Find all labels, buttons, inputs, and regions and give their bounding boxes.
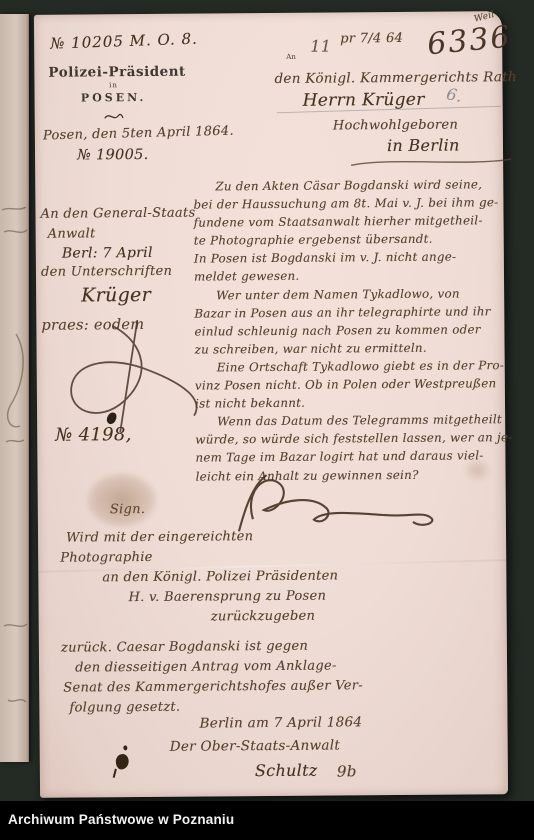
an-label: An xyxy=(286,53,296,61)
closing-office: Der Ober-Staats-Anwalt xyxy=(170,737,340,754)
closing-paraph: 9b xyxy=(337,762,357,780)
paragraph: Zu den Akten Cäsar Bogdanski wird seine,… xyxy=(193,175,511,286)
body-line: Bazar in Posen aus an ihr telegraphirte … xyxy=(194,302,511,323)
stamp-date-line: Posen, den 5ten April 1864. xyxy=(43,124,234,144)
stamp-title: Polizei-Präsident xyxy=(48,64,178,81)
stamp-preposition: in xyxy=(48,81,178,90)
body-line: fundene vom Staatsanwalt hierher mitgeth… xyxy=(193,211,510,232)
disposition-line: Wird mit der eingereichten xyxy=(66,526,362,548)
archive-caption: Archiwum Państwowe w Poznaniu xyxy=(8,812,234,827)
document-page: № 10205 M. O. 8. Polizei-Präsident in PO… xyxy=(34,11,508,798)
file-number: 6336 xyxy=(426,20,513,63)
pencil-mark: 6. xyxy=(445,84,464,106)
stamp-ornament-icon xyxy=(49,106,179,126)
disposition-line: zurück. Caesar Bogdanski ist gegen xyxy=(61,636,363,658)
disposition-line: zurückzugeben xyxy=(211,606,363,627)
margin-note: Anwalt xyxy=(48,226,96,241)
berlin-underline-swash xyxy=(347,153,517,173)
margin-note: An den General-Staats xyxy=(40,206,195,222)
address-line-recipient-title: den Königl. Kammergerichts Rath xyxy=(274,69,517,87)
margin-note-krueger: Krüger xyxy=(81,284,151,307)
paragraph: Wer unter dem Namen Tykadlowo, vonBazar … xyxy=(194,284,512,359)
previous-page-edge xyxy=(0,14,29,762)
margin-note: Berl: 7 April xyxy=(62,245,153,262)
page-edge-writing-fragments xyxy=(0,14,29,762)
disposition-note: Wird mit der eingereichtenPhotographiean… xyxy=(60,526,363,718)
received-note: pr 7/4 64 xyxy=(340,31,403,46)
body-line: einlud schleunig nach Posen zu kommen od… xyxy=(194,320,511,341)
letter-body: Zu den Akten Cäsar Bogdanski wird seine,… xyxy=(193,175,513,485)
ink-blot xyxy=(115,753,131,770)
police-president-stamp: Polizei-Präsident in POSEN. xyxy=(48,64,178,126)
archive-caption-bar: Archiwum Państwowe w Poznaniu xyxy=(0,801,534,840)
margin-note: den Unterschriften xyxy=(41,264,172,280)
journal-number: № 19005. xyxy=(77,147,149,164)
archive-scan: № 10205 M. O. 8. Polizei-Präsident in PO… xyxy=(0,0,534,840)
folio-number: 11 xyxy=(310,37,331,56)
address-line-honorific: Hochwohlgeboren xyxy=(333,118,458,134)
paper-stain xyxy=(86,472,158,529)
disposition-line: H. v. Baerensprung zu Posen xyxy=(128,586,362,608)
closing-signature: Schultz xyxy=(255,761,318,780)
address-line-city: in Berlin xyxy=(387,136,460,156)
body-line: vinz Posen nicht. Ob in Polen oder Westp… xyxy=(195,374,512,395)
disposition-line: Senat des Kammergerichtshofes außer Ver- xyxy=(63,676,363,698)
disposition-line: den diesseitigen Antrag vom Anklage- xyxy=(75,656,363,678)
paper-stain xyxy=(462,457,492,483)
registry-note: № 10205 M. O. 8. xyxy=(50,30,198,53)
paragraph: Eine Ortschaft Tykadlowo giebt es in der… xyxy=(195,356,513,413)
stamp-city: POSEN. xyxy=(49,91,179,105)
closing-place-date: Berlin am 7 April 1864 xyxy=(199,714,362,731)
